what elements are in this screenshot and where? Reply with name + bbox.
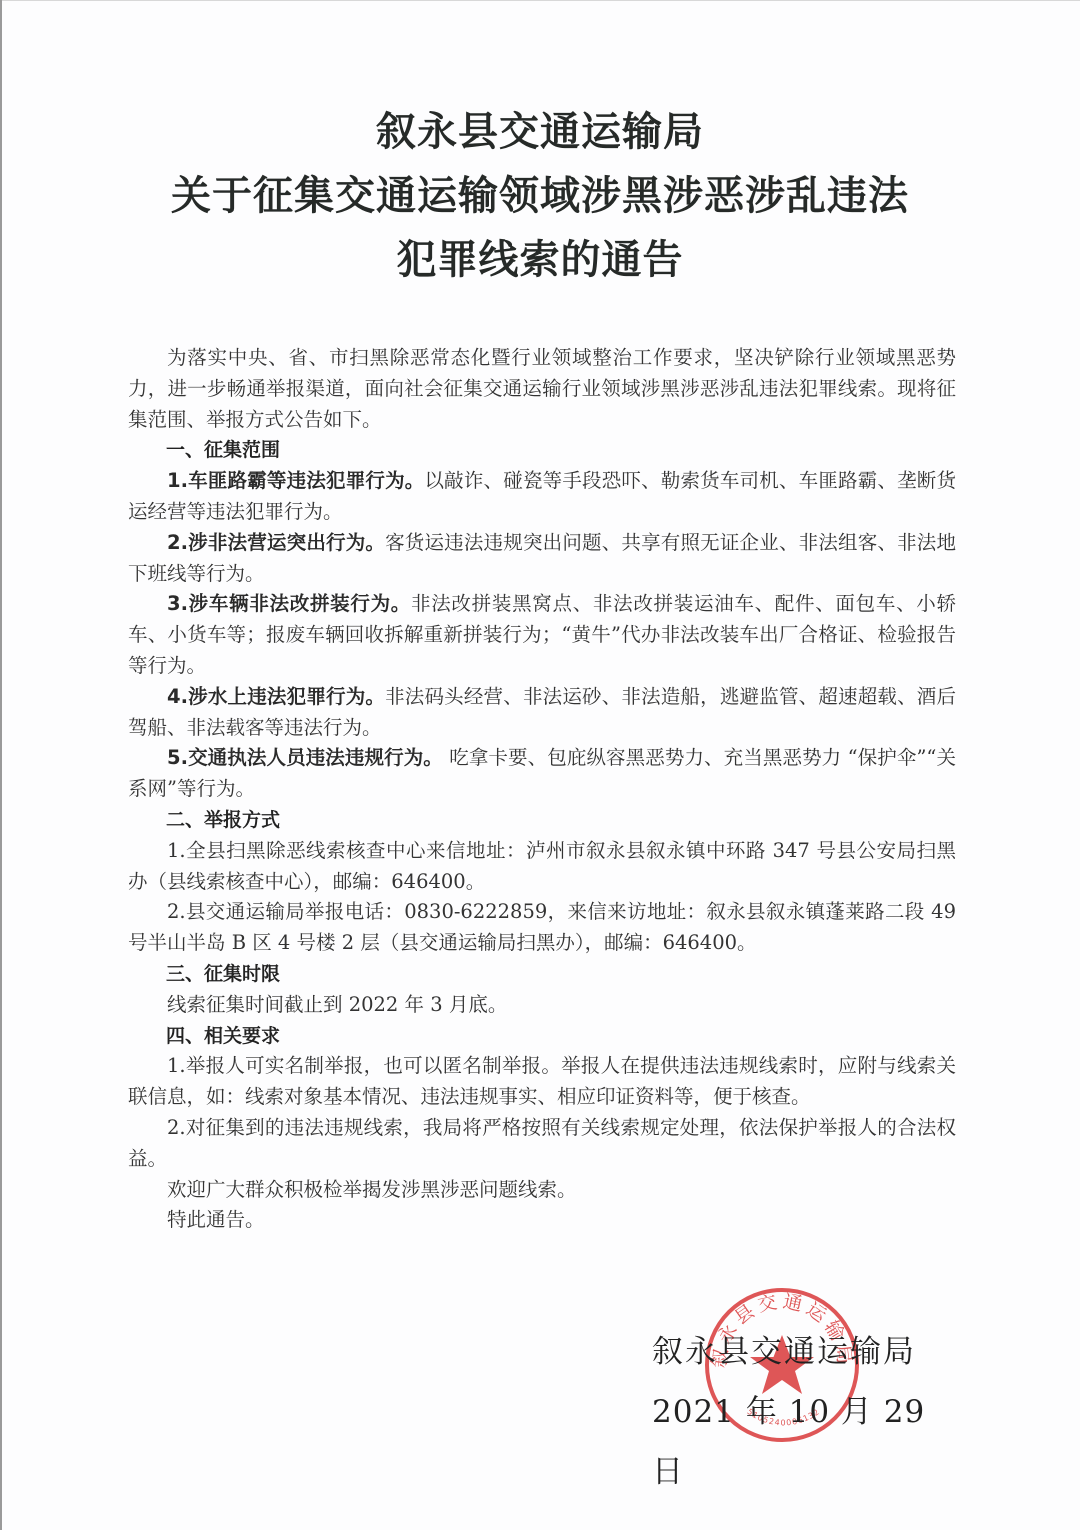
- signature-date: 2021 年 10 月 29 日: [652, 1382, 952, 1502]
- item-lead: 3.涉车辆非法改拼装行为。: [167, 592, 411, 615]
- section-heading-requirements: 四、相关要求: [128, 1021, 956, 1052]
- reporting-item-2: 2.县交通运输局举报电话：0830-6222859，来信来访地址：叙永县叙永镇蓬…: [128, 897, 956, 959]
- scope-item-2: 2.涉非法营运突出行为。客货运违法违规突出问题、共享有照无证企业、非法组客、非法…: [128, 528, 956, 590]
- requirement-item-1: 1.举报人可实名制举报，也可以匿名制举报。举报人在提供违法违规线索时，应附与线索…: [128, 1051, 956, 1113]
- scope-item-5: 5.交通执法人员违法违规行为。 吃拿卡要、包庇纵容黑恶势力、充当黑恶势力 “保护…: [128, 743, 956, 805]
- notice-title: 叙永县交通运输局 关于征集交通运输领域涉黑涉恶涉乱违法 犯罪线索的通告: [0, 100, 1080, 292]
- title-line-2: 关于征集交通运输领域涉黑涉恶涉乱违法: [0, 164, 1080, 228]
- item-lead: 5.交通执法人员违法违规行为。: [167, 746, 443, 769]
- scope-item-1: 1.车匪路霸等违法犯罪行为。以敲诈、碰瓷等手段恐吓、勒索货车司机、车匪路霸、垄断…: [128, 466, 956, 528]
- reporting-item-1: 1.全县扫黑除恶线索核查中心来信地址：泸州市叙永县叙永镇中环路 347 号县公安…: [128, 836, 956, 898]
- section-heading-reporting: 二、举报方式: [128, 805, 956, 836]
- requirement-item-2: 2.对征集到的违法违规线索，我局将严格按照有关线索规定处理，依法保护举报人的合法…: [128, 1113, 956, 1175]
- notice-body: 为落实中央、省、市扫黑除恶常态化暨行业领域整治工作要求，坚决铲除行业领域黑恶势力…: [128, 343, 956, 1236]
- signature-organization: 叙永县交通运输局: [652, 1322, 952, 1382]
- scope-item-3: 3.涉车辆非法改拼装行为。非法改拼装黑窝点、非法改拼装运油车、配件、面包车、小轿…: [128, 589, 956, 681]
- intro-paragraph: 为落实中央、省、市扫黑除恶常态化暨行业领域整治工作要求，坚决铲除行业领域黑恶势力…: [128, 343, 956, 435]
- scope-item-4: 4.涉水上违法犯罪行为。非法码头经营、非法运砂、非法造船，逃避监管、超速超载、酒…: [128, 682, 956, 744]
- page-edge-top: [0, 0, 1080, 1]
- deadline-text: 线索征集时间截止到 2022 年 3 月底。: [128, 990, 956, 1021]
- item-lead: 4.涉水上违法犯罪行为。: [167, 685, 385, 708]
- title-line-3: 犯罪线索的通告: [0, 228, 1080, 292]
- signature-block: 叙永县交通运输局 2021 年 10 月 29 日: [652, 1322, 952, 1502]
- section-heading-deadline: 三、征集时限: [128, 959, 956, 990]
- title-line-1: 叙永县交通运输局: [0, 100, 1080, 164]
- closing-notice: 特此通告。: [128, 1205, 956, 1236]
- section-heading-scope: 一、征集范围: [128, 435, 956, 466]
- item-lead: 2.涉非法营运突出行为。: [167, 531, 385, 554]
- item-lead: 1.车匪路霸等违法犯罪行为。: [167, 469, 424, 492]
- closing-appeal: 欢迎广大群众积极检举揭发涉黑涉恶问题线索。: [128, 1175, 956, 1206]
